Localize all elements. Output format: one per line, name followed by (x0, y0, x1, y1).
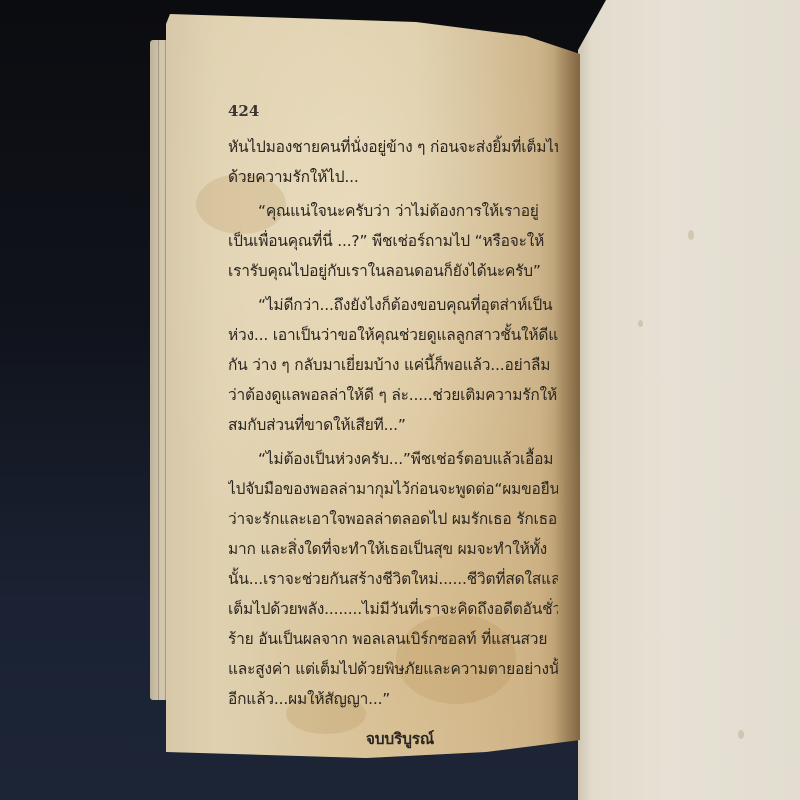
right-page-blank (578, 0, 800, 800)
text-line: ว่าต้องดูแลพอลล่าให้ดี ๆ ล่ะ.....ช่วยเติ… (228, 380, 558, 410)
text-line: ว่าจะรักและเอาใจพอลล่าตลอดไป ผมรักเธอ รั… (228, 504, 558, 534)
paper-spot (738, 730, 744, 739)
page-number: 424 (228, 102, 259, 120)
text-line: หันไปมองชายคนที่นั่งอยู่ข้าง ๆ ก่อนจะส่ง… (228, 132, 558, 162)
text-line: สมกับส่วนที่ขาดให้เสียที...” (228, 410, 558, 440)
text-line: ห่วง... เอาเป็นว่าขอให้คุณช่วยดูแลลูกสาว… (228, 320, 558, 350)
text-line: อีกแล้ว...ผมให้สัญญา...” (228, 684, 558, 714)
text-line: มาก และสิ่งใดที่จะทำให้เธอเป็นสุข ผมจะทำ… (228, 534, 558, 564)
text-line: “ไม่ต้องเป็นห่วงครับ...”พีชเช่อร์ตอบแล้ว… (228, 444, 558, 474)
text-line: เรารับคุณไปอยู่กับเราในลอนดอนก็ยังได้นะค… (228, 256, 558, 286)
body-text: หันไปมองชายคนที่นั่งอยู่ข้าง ๆ ก่อนจะส่ง… (228, 132, 558, 754)
text-line: “ไม่ดีกว่า...ถึงยังไงก็ต้องขอบคุณที่อุตส… (228, 290, 558, 320)
text-line: และสูงค่า แต่เต็มไปด้วยพิษภัยและความตายอ… (228, 654, 558, 684)
text-line: ไปจับมือของพอลล่ามากุมไว้ก่อนจะพูดต่อ“ผม… (228, 474, 558, 504)
left-page: 424 หันไปมองชายคนที่นั่งอยู่ข้าง ๆ ก่อนจ… (166, 14, 580, 760)
paper-spot (688, 230, 694, 240)
text-line: นั้น...เราจะช่วยกันสร้างชีวิตใหม่......ช… (228, 564, 558, 594)
text-line: กัน ว่าง ๆ กลับมาเยี่ยมบ้าง แค่นี้ก็พอแล… (228, 350, 558, 380)
text-line: เต็มไปด้วยพลัง........ไม่มีวันที่เราจะคิ… (228, 594, 558, 624)
text-line: ด้วยความรักให้ไป... (228, 162, 558, 192)
paper-spot (638, 320, 643, 327)
text-line: ร้าย อันเป็นผลจาก พอลเลนเบิร์กซอลท์ ที่แ… (228, 624, 558, 654)
text-line: “คุณแน่ใจนะครับว่า ว่าไม่ต้องการให้เราอย… (228, 196, 558, 226)
text-line: เป็นเพื่อนคุณที่นี่ ...?” พีชเช่อร์ถามไป… (228, 226, 558, 256)
